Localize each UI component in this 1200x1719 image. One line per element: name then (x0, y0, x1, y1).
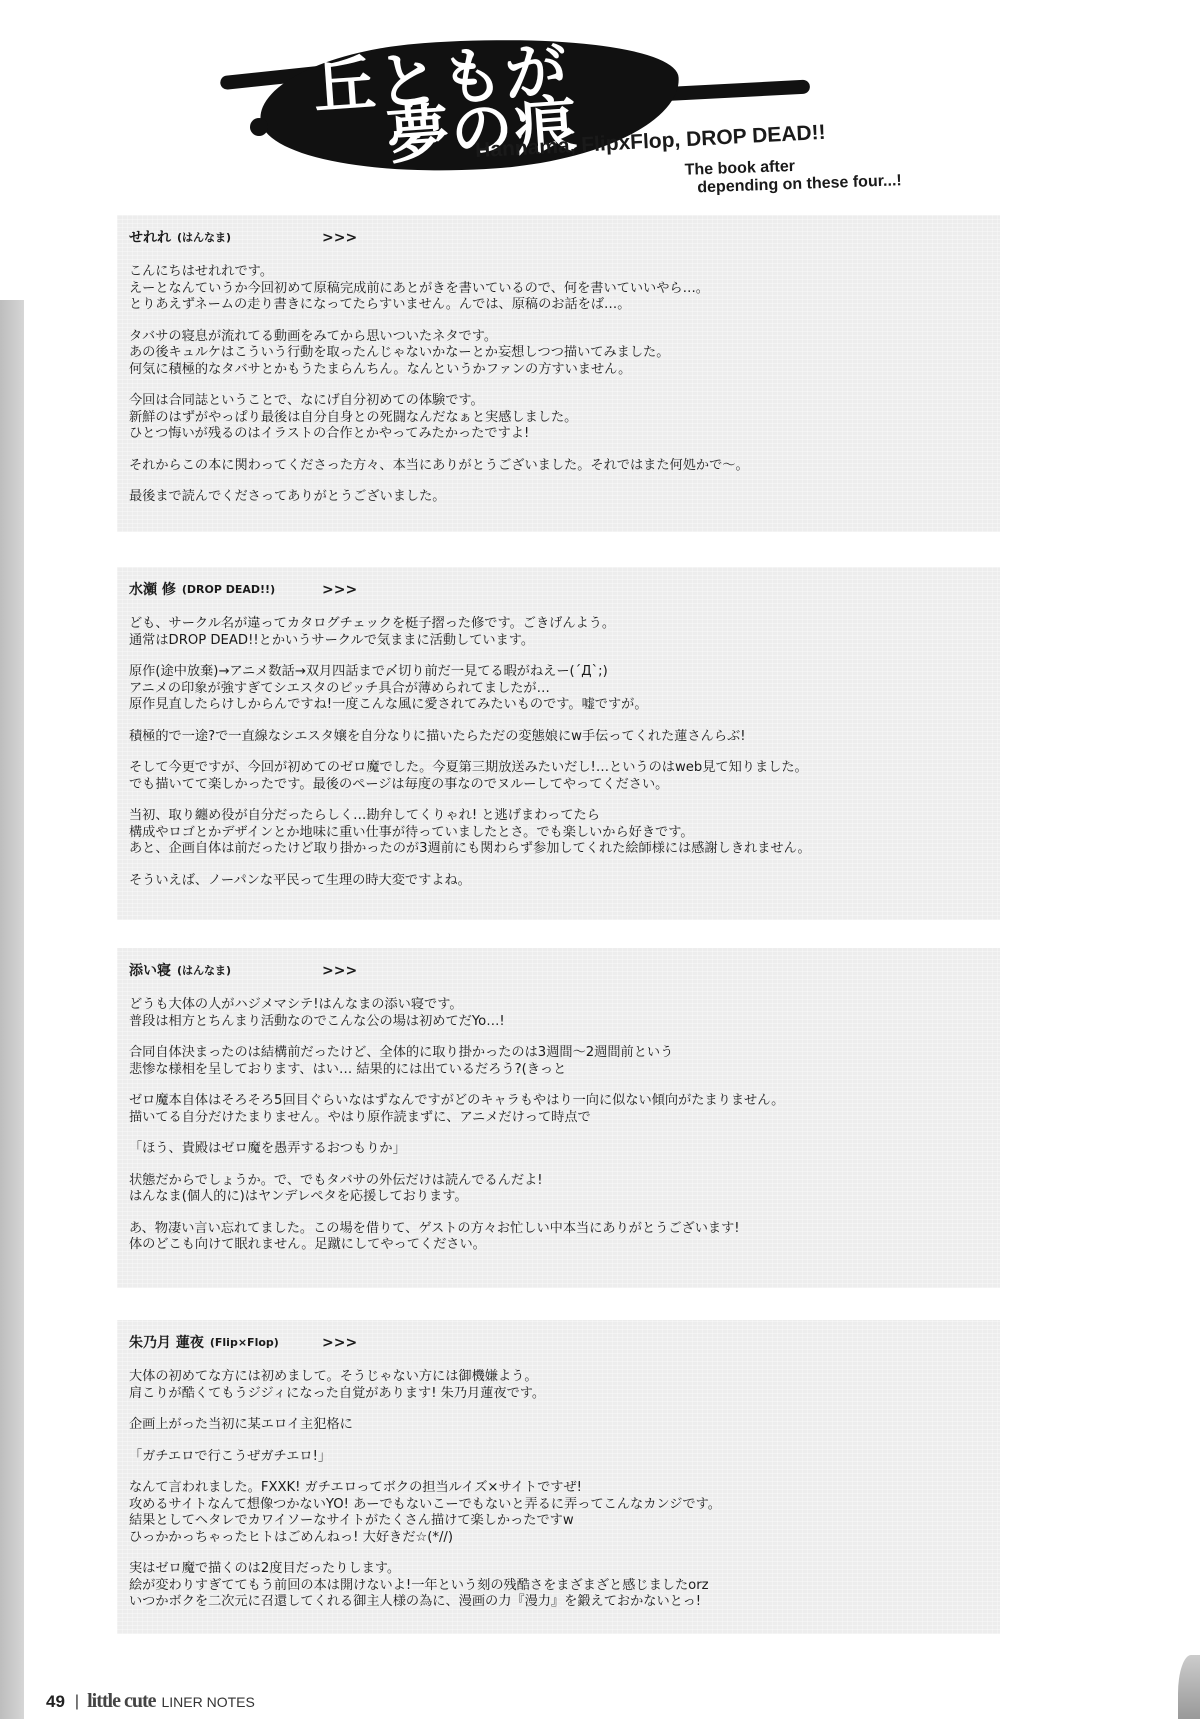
text-line: ども、サークル名が違ってカタログチェックを梃子摺った修です。ごきげんよう。 (129, 616, 988, 633)
paragraph: 大体の初めてな方には初めまして。そうじゃない方には御機嫌よう。 肩こりが酷くても… (129, 1369, 988, 1402)
text-line: 状態だからでしょうか。で、でもタバサの外伝だけは読んでるんだよ! (129, 1173, 988, 1190)
text-line: 体のどこも向けて眠れません。足蹴にしてやってください。 (129, 1237, 988, 1254)
paragraph: 最後まで読んでくださってありがとうございました。 (129, 489, 988, 506)
text-line: 攻めるサイトなんて想像つかないYO! あーでもないこーでもないと弄るに弄ってこん… (129, 1497, 988, 1514)
ink-dot (250, 118, 268, 136)
text-line: ひっかかっちゃったヒトはごめんねっ! 大好きだ☆(*//) (129, 1530, 988, 1547)
text-line: 今回は合同誌ということで、なにげ自分初めての体験です。 (129, 393, 988, 410)
text-line: いつかボクを二次元に召還してくれる御主人様の為に、漫画の力『漫力』を鍛えておかな… (129, 1594, 988, 1611)
page-number: 49 (46, 1692, 65, 1712)
text-line: こんにちはせれれです。 (129, 264, 988, 281)
note-box-minase-osamu: 水瀬 修 (DROP DEAD!!) >>> ども、サークル名が違ってカタログチ… (117, 567, 1000, 920)
text-line: はんなま(個人的に)はヤンデレペタを応援しております。 (129, 1189, 988, 1206)
circle-name: (DROP DEAD!!) (182, 579, 275, 601)
paragraph: 今回は合同誌ということで、なにげ自分初めての体験です。 新鮮のはずがやっぱり最後… (129, 393, 988, 443)
text-line: 合同自体決まったのは結構前だったけど、全体的に取り掛かったのは3週間～2週間前と… (129, 1045, 988, 1062)
page-footer: 49 | little cute LINER NOTES (46, 1690, 255, 1713)
text-line: あの後キュルケはこういう行動を取ったんじゃないかなーとか妄想しつつ描いてみました… (129, 345, 988, 362)
text-line: 「ガチエロで行こうぜガチエロ!」 (129, 1449, 988, 1466)
text-line: アニメの印象が強すぎてシエスタのビッチ具合が薄められてましたが… (129, 681, 988, 698)
paragraph: それからこの本に関わってくださった方々、本当にありがとうございました。それではま… (129, 458, 988, 475)
paragraph: ども、サークル名が違ってカタログチェックを梃子摺った修です。ごきげんよう。 通常… (129, 616, 988, 649)
paragraph: あ、物凄い言い忘れてました。この場を借りて、ゲストの方々お忙しい中本当にありがと… (129, 1221, 988, 1254)
title-logo: 丘ともが 夢の痕 Hannama, FlipxFlop, DROP DEAD!!… (220, 10, 960, 195)
text-line: えーとなんていうか今回初めて原稿完成前にあとがきを書いているので、何を書いていい… (129, 281, 988, 298)
paragraph: なんて言われました。FXXK! ガチエロってボクの担当ルイズ×サイトですぜ! 攻… (129, 1480, 988, 1546)
text-line: でも描いてて楽しかったです。最後のページは毎度の事なのでヌルーしてやってください… (129, 777, 988, 794)
text-line: ひとつ悔いが残るのはイラストの合作とかやってみたかったですよ! (129, 426, 988, 443)
paragraph: 状態だからでしょうか。で、でもタバサの外伝だけは読んでるんだよ! はんなま(個人… (129, 1173, 988, 1206)
text-line: 絵が変わりすぎててもう前回の本は開けないよ!一年という刻の残酷さをまざまざと感じ… (129, 1578, 988, 1595)
paragraph: そして今更ですが、今回が初めてのゼロ魔でした。今夏第三期放送みたいだし!…という… (129, 760, 988, 793)
author-name: せれれ (129, 227, 171, 249)
text-line: 積極的で一途?で一直線なシエスタ嬢を自分なりに描いたらただの変態娘にw手伝ってく… (129, 729, 988, 746)
author-name: 水瀬 修 (129, 579, 176, 601)
note-header: せれれ (はんなま) >>> (129, 227, 988, 249)
note-box-sereru: せれれ (はんなま) >>> こんにちはせれれです。 えーとなんていうか今回初め… (117, 215, 1000, 532)
paragraph: 「ガチエロで行こうぜガチエロ!」 (129, 1449, 988, 1466)
text-line: ゼロ魔本自体はそろそろ5回目ぐらいなはずなんですがどのキャラもやはり一向に似ない… (129, 1093, 988, 1110)
paragraph: 合同自体決まったのは結構前だったけど、全体的に取り掛かったのは3週間～2週間前と… (129, 1045, 988, 1078)
text-line: あと、企画自体は前だったけど取り掛かったのが3週前にも関わらず参加してくれた絵師… (129, 841, 988, 858)
text-line: 実はゼロ魔で描くのは2度目だったりします。 (129, 1561, 988, 1578)
paragraph: 「ほう、貴殿はゼロ魔を愚弄するおつもりか」 (129, 1141, 988, 1158)
author-name: 朱乃月 蓮夜 (129, 1332, 204, 1354)
footer-separator: | (75, 1693, 79, 1711)
note-box-akenotsuki-renya: 朱乃月 蓮夜 (Flip×Flop) >>> 大体の初めてな方には初めまして。そ… (117, 1320, 1000, 1634)
text-line: とりあえずネームの走り書きになってたらすいません。んでは、原稿のお話をば…。 (129, 297, 988, 314)
text-line: 普段は相方とちんまり活動なのでこんな公の場は初めてだYo…! (129, 1014, 988, 1031)
note-box-soine: 添い寝 (はんなま) >>> どうも大体の人がハジメマシテ!はんなまの添い寝です… (117, 948, 1000, 1288)
text-line: タバサの寝息が流れてる動画をみてから思いついたネタです。 (129, 329, 988, 346)
text-line: 何気に積極的なタバサとかもうたまらんちん。なんというかファンの方すいません。 (129, 362, 988, 379)
paragraph: 実はゼロ魔で描くのは2度目だったりします。 絵が変わりすぎててもう前回の本は開け… (129, 1561, 988, 1611)
text-line: 構成やロゴとかデザインとか地味に重い仕事が待っていましたとさ。でも楽しいから好き… (129, 825, 988, 842)
arrows-icon: >>> (322, 960, 357, 982)
paragraph: ゼロ魔本自体はそろそろ5回目ぐらいなはずなんですがどのキャラもやはり一向に似ない… (129, 1093, 988, 1126)
text-line: 描いてる自分だけたまりません。やはり原作読まずに、アニメだけって時点で (129, 1110, 988, 1127)
text-line: そして今更ですが、今回が初めてのゼロ魔でした。今夏第三期放送みたいだし!…という… (129, 760, 988, 777)
text-line: 原作見直したらけしからんですね!一度こんな風に愛されてみたいものです。嘘ですが。 (129, 697, 988, 714)
paragraph: そういえば、ノーパンな平民って生理の時大変ですよね。 (129, 873, 988, 890)
circle-name: (はんなま) (177, 227, 231, 249)
arrows-icon: >>> (322, 227, 357, 249)
section-label: LINER NOTES (161, 1694, 254, 1710)
text-line: 通常はDROP DEAD!!とかいうサークルで気ままに活動しています。 (129, 633, 988, 650)
text-line: 大体の初めてな方には初めまして。そうじゃない方には御機嫌よう。 (129, 1369, 988, 1386)
text-line: 企画上がった当初に某エロイ主犯格に (129, 1417, 988, 1434)
text-line: 当初、取り纏め役が自分だったらしく…勘弁してくりゃれ! と逃げまわってたら (129, 808, 988, 825)
paragraph: 積極的で一途?で一直線なシエスタ嬢を自分なりに描いたらただの変態娘にw手伝ってく… (129, 729, 988, 746)
note-header: 水瀬 修 (DROP DEAD!!) >>> (129, 579, 988, 601)
note-header: 添い寝 (はんなま) >>> (129, 960, 988, 982)
paragraph: こんにちはせれれです。 えーとなんていうか今回初めて原稿完成前にあとがきを書いて… (129, 264, 988, 314)
arrows-icon: >>> (322, 579, 357, 601)
paragraph: 当初、取り纏め役が自分だったらしく…勘弁してくりゃれ! と逃げまわってたら 構成… (129, 808, 988, 858)
text-line: なんて言われました。FXXK! ガチエロってボクの担当ルイズ×サイトですぜ! (129, 1480, 988, 1497)
paragraph: 原作(途中放棄)→アニメ数話→双月四話まで〆切り前だ一見てる暇がねえー(´Д`;… (129, 664, 988, 714)
paragraph: タバサの寝息が流れてる動画をみてから思いついたネタです。 あの後キュルケはこうい… (129, 329, 988, 379)
text-line: 「ほう、貴殿はゼロ魔を愚弄するおつもりか」 (129, 1141, 988, 1158)
tagline: The book after depending on these four..… (684, 154, 902, 198)
text-line: 肩こりが酷くてもうジジィになった自覚があります! 朱乃月蓮夜です。 (129, 1386, 988, 1403)
text-line: 悲惨な様相を呈しております、はい… 結果的には出ているだろう?(きっと (129, 1062, 988, 1079)
paragraph: どうも大体の人がハジメマシテ!はんなまの添い寝です。 普段は相方とちんまり活動な… (129, 997, 988, 1030)
paragraph: 企画上がった当初に某エロイ主犯格に (129, 1417, 988, 1434)
text-line: 最後まで読んでくださってありがとうございました。 (129, 489, 988, 506)
brand-logo: little cute (87, 1690, 155, 1713)
text-line: 原作(途中放棄)→アニメ数話→双月四話まで〆切り前だ一見てる暇がねえー(´Д`;… (129, 664, 988, 681)
text-line: 新鮮のはずがやっぱり最後は自分自身との死闘なんだなぁと実感しました。 (129, 410, 988, 427)
text-line: 結果としてヘタレでカワイソーなサイトがたくさん描けて楽しかったですw (129, 1513, 988, 1530)
arrows-icon: >>> (322, 1332, 357, 1354)
page-edge-shadow (0, 300, 24, 1719)
circle-name: (はんなま) (177, 960, 231, 982)
note-header: 朱乃月 蓮夜 (Flip×Flop) >>> (129, 1332, 988, 1354)
author-name: 添い寝 (129, 960, 171, 982)
text-line: あ、物凄い言い忘れてました。この場を借りて、ゲストの方々お忙しい中本当にありがと… (129, 1221, 988, 1238)
text-line: それからこの本に関わってくださった方々、本当にありがとうございました。それではま… (129, 458, 988, 475)
text-line: そういえば、ノーパンな平民って生理の時大変ですよね。 (129, 873, 988, 890)
corner-illustration-fragment (1178, 1655, 1200, 1719)
circle-name: (Flip×Flop) (210, 1332, 279, 1354)
text-line: どうも大体の人がハジメマシテ!はんなまの添い寝です。 (129, 997, 988, 1014)
